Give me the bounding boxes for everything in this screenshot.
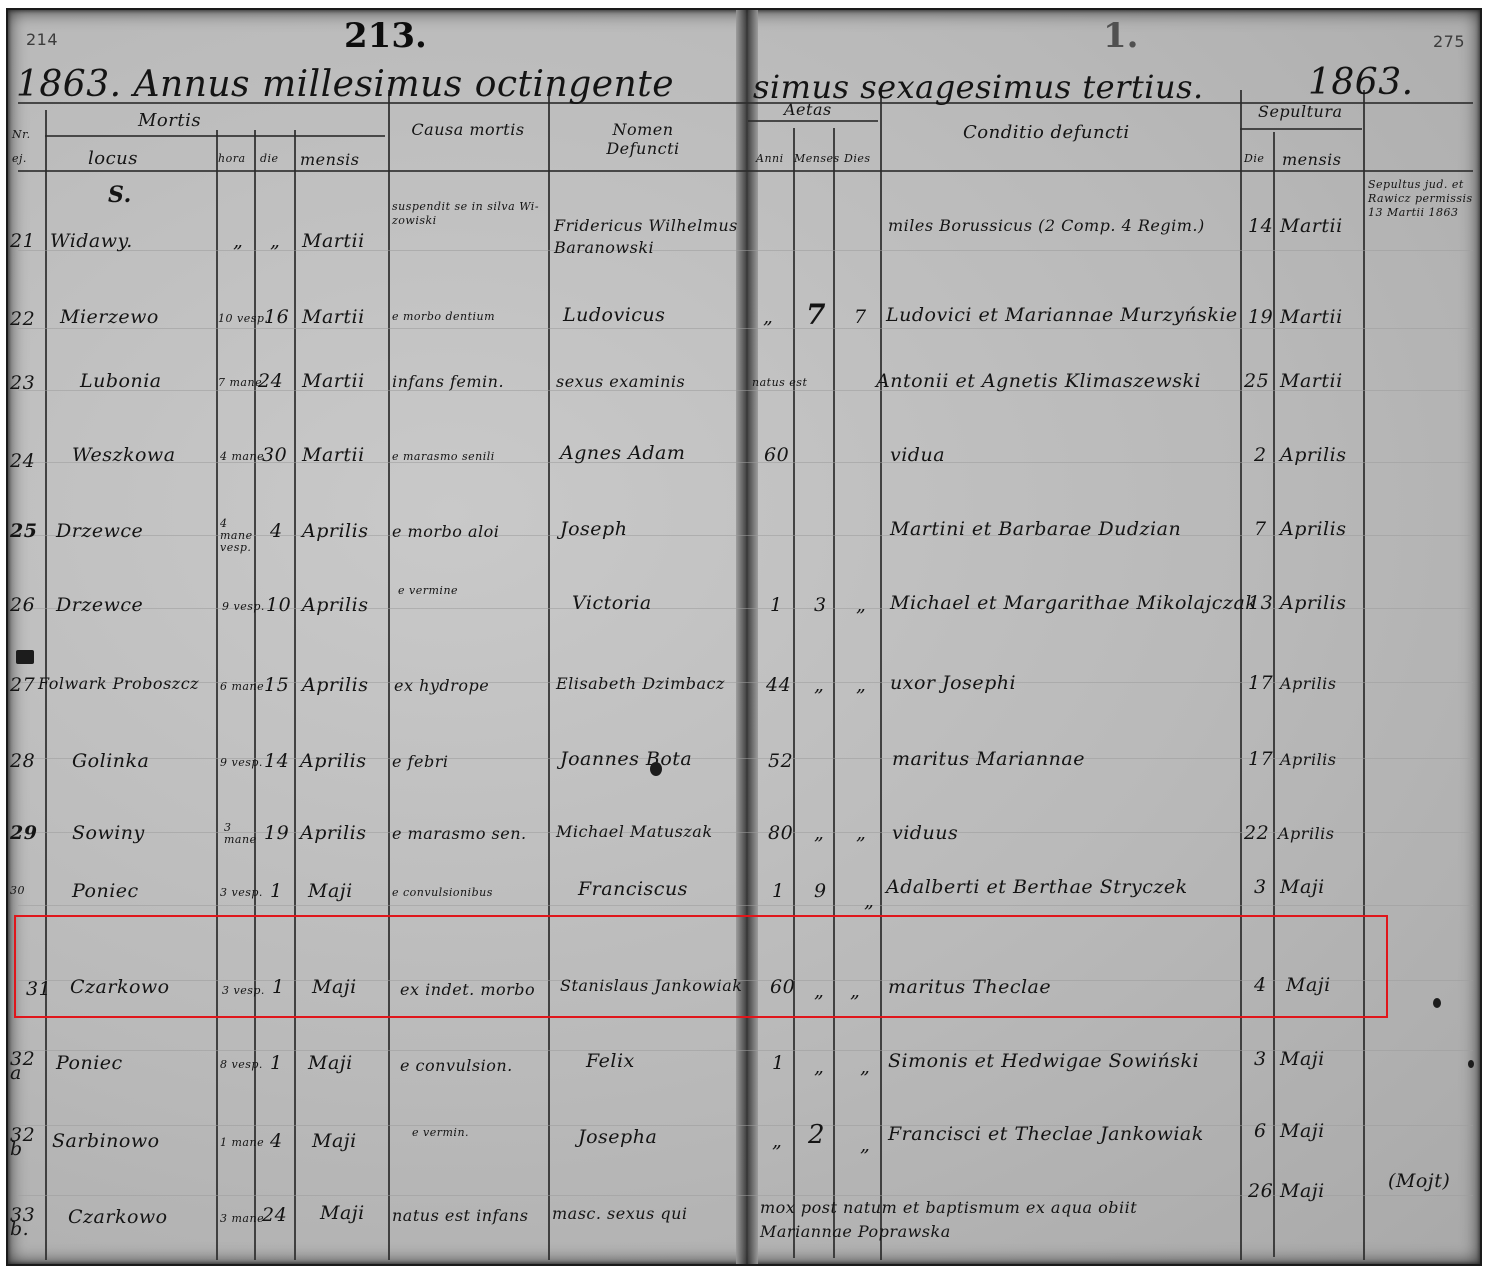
- header-hora: hora: [218, 152, 246, 165]
- cell-die: 30: [262, 444, 287, 466]
- header-causa-mortis: Causa mortis: [408, 120, 528, 139]
- cell-mensis: Aprilis: [302, 594, 368, 616]
- cell-causa: e vermin.: [412, 1126, 469, 1139]
- cell-hora: 3 mane: [220, 1212, 264, 1225]
- cell-causa: e morbo dentium: [392, 310, 495, 323]
- cell-mensis: Maji: [312, 1130, 357, 1152]
- cell-sep-die: 3: [1254, 1048, 1267, 1070]
- printed-page-number-right: 1.: [1103, 16, 1139, 56]
- cell-sep-die: 17: [1248, 672, 1273, 694]
- cell-hora: 8 vesp.: [220, 1058, 263, 1071]
- cell-dies: „: [856, 822, 866, 844]
- cell-anni: 60: [764, 444, 789, 466]
- cell-die: 1: [272, 976, 285, 998]
- cell-sep-mensis: Maji: [1280, 1180, 1325, 1202]
- cell-nomen: Michael Matuszak: [556, 822, 713, 841]
- cell-die: 14: [264, 750, 289, 772]
- cell-locus: Poniec: [56, 1052, 123, 1074]
- cell-mensis: Martii: [302, 370, 365, 392]
- cell-sep-die: 4: [1254, 974, 1267, 996]
- book-gutter: [736, 10, 758, 1264]
- cell-nomen: Fridericus Wilhelmus Baranowski: [554, 215, 744, 259]
- cell-sep-mensis: Martii: [1280, 306, 1343, 328]
- header-anni: Anni: [756, 152, 784, 165]
- row-number: 25: [10, 520, 37, 542]
- cell-hora: „: [233, 230, 243, 252]
- cell-conditio: Francisci et Theclae Jankowiak: [888, 1122, 1228, 1146]
- cell-nomen: Felix: [586, 1050, 635, 1072]
- row-number: 28: [10, 750, 35, 772]
- cell-locus: Golinka: [72, 750, 149, 772]
- cell-sep-die: 26: [1248, 1180, 1273, 1202]
- cell-causa: suspendit se in silva Wi-zowiski: [392, 200, 542, 228]
- column-rule: [793, 128, 795, 1258]
- cell-menses: „: [814, 980, 824, 1002]
- cell-menses: „: [814, 674, 824, 696]
- cell-conditio: maritus Mariannae: [892, 748, 1085, 770]
- cell-sep-mensis: Aprilis: [1280, 444, 1346, 466]
- cell-mensis: Martii: [302, 230, 365, 252]
- cell-sep-mensis: Aprilis: [1280, 674, 1337, 693]
- cell-dies: „: [856, 674, 866, 696]
- cell-nomen: Joannes Bota: [560, 748, 692, 770]
- cell-nomen: Josepha: [578, 1126, 657, 1148]
- cell-die: 1: [270, 880, 283, 902]
- row-number: 22: [10, 308, 35, 330]
- cell-locus: Czarkowo: [70, 976, 170, 998]
- ink-blot: [650, 762, 662, 776]
- cell-anni: 52: [768, 750, 793, 772]
- row-number: 24: [10, 450, 35, 472]
- header-bottom-rule: [18, 170, 1473, 172]
- cell-sep-mensis: Aprilis: [1280, 592, 1346, 614]
- cell-mensis: Maji: [312, 976, 357, 998]
- cell-sep-die: 3: [1254, 876, 1267, 898]
- cell-hora: 4 mane: [220, 450, 264, 463]
- cell-nomen: Elisabeth Dzimbacz: [556, 674, 725, 693]
- sepultura-group-rule: [1240, 128, 1362, 130]
- cell-sep-die: 7: [1254, 518, 1267, 540]
- column-rule: [216, 130, 218, 1260]
- cell-sep-die: 6: [1254, 1120, 1267, 1142]
- pencil-page-number-left: 214: [26, 30, 58, 49]
- cell-conditio: mox post natum et baptismum ex aqua obii…: [760, 1196, 1230, 1244]
- header-number-sub: ej.: [12, 152, 27, 165]
- cell-die: 19: [264, 822, 289, 844]
- cell-menses: 2: [808, 1120, 825, 1150]
- cell-locus: Czarkowo: [68, 1206, 168, 1228]
- row-number: 30: [10, 884, 25, 897]
- cell-mensis: Martii: [302, 444, 365, 466]
- cell-sep-die: 19: [1248, 306, 1273, 328]
- header-die: die: [260, 152, 279, 165]
- cell-remark: Sepultus jud. et Rawicz permissis 13 Mar…: [1368, 178, 1476, 220]
- cell-hora: 6 mane: [220, 680, 264, 693]
- cell-dies: „: [864, 890, 874, 912]
- cell-conditio: Adalberti et Berthae Stryczek: [886, 876, 1188, 898]
- header-sepultura: Sepultura: [1258, 102, 1343, 121]
- cell-hora: 9 vesp.: [222, 600, 265, 613]
- cell-locus: Folwark Proboszcz: [38, 674, 199, 693]
- cell-mensis: Maji: [308, 1052, 353, 1074]
- cell-conditio: Ludovici et Mariannae Murzyńskie: [886, 304, 1238, 326]
- header-mensis: mensis: [300, 150, 359, 169]
- cell-sep-mensis: Aprilis: [1280, 518, 1346, 540]
- header-mortis: Mortis: [138, 110, 201, 131]
- cell-anni: 44: [766, 674, 791, 696]
- cell-die: „: [270, 230, 280, 252]
- cell-causa: ex hydrope: [394, 676, 489, 695]
- cell-remark: (Mojt): [1388, 1170, 1450, 1192]
- cell-causa: e marasmo senili: [392, 450, 495, 463]
- column-rule: [833, 128, 835, 1258]
- cell-anni: natus est: [752, 376, 807, 389]
- ink-spot: [1468, 1060, 1474, 1068]
- row-number: 32 b: [10, 1128, 40, 1156]
- row-number: 21: [10, 230, 35, 252]
- column-rule: [548, 90, 550, 1260]
- cell-sep-mensis: Maji: [1280, 1048, 1325, 1070]
- cell-causa: natus est infans: [392, 1206, 528, 1225]
- cell-die: 15: [264, 674, 289, 696]
- row-number: 26: [10, 594, 35, 616]
- cell-conditio: Martini et Barbarae Dudzian: [890, 518, 1181, 540]
- cell-conditio: uxor Josephi: [890, 672, 1016, 694]
- cell-sep-mensis: Maji: [1280, 876, 1325, 898]
- cell-anni: 60: [770, 976, 795, 998]
- cell-sep-mensis: Aprilis: [1278, 824, 1335, 843]
- cell-sep-die: 14: [1248, 215, 1273, 237]
- ink-mark: S.: [108, 182, 132, 208]
- cell-conditio: viduus: [892, 822, 958, 844]
- cell-menses: „: [814, 1056, 824, 1078]
- cell-nomen: Stanislaus Jankowiak: [560, 976, 742, 995]
- header-aetas: Aetas: [784, 100, 832, 119]
- cell-sep-mensis: Maji: [1280, 1120, 1325, 1142]
- cell-menses: 3: [814, 594, 827, 616]
- cell-mensis: Maji: [308, 880, 353, 902]
- cell-sep-die: 25: [1244, 370, 1269, 392]
- cell-causa: e convulsion.: [400, 1056, 513, 1075]
- ink-spot: [16, 650, 34, 664]
- header-nomen-defuncti: Nomen Defuncti: [583, 120, 703, 158]
- cell-causa: ex indet. morbo: [400, 980, 535, 999]
- cell-conditio: miles Borussicus (2 Comp. 4 Regim.): [888, 215, 1228, 237]
- cell-sep-die: 22: [1244, 822, 1269, 844]
- cell-conditio: Simonis et Hedwigae Sowiński: [888, 1050, 1199, 1072]
- cell-hora: 7 mane: [218, 376, 262, 389]
- cell-nomen: Franciscus: [578, 878, 688, 900]
- header-sep-mensis: mensis: [1282, 150, 1341, 169]
- header-dies: Dies: [844, 152, 871, 165]
- cell-conditio: Michael et Margarithae Mikolajczak: [890, 592, 1257, 614]
- header-locus: locus: [88, 148, 138, 169]
- cell-causa: infans femin.: [392, 372, 504, 391]
- cell-mensis: Aprilis: [302, 520, 368, 542]
- cell-die: 1: [270, 1052, 283, 1074]
- cell-die: 4: [270, 520, 283, 542]
- aetas-group-rule: [748, 120, 878, 122]
- cell-nomen: Agnes Adam: [560, 442, 685, 464]
- mortis-group-rule: [45, 135, 385, 137]
- cell-die: 4: [270, 1130, 283, 1152]
- cell-die: 24: [262, 1204, 287, 1226]
- pencil-page-number-right: 275: [1433, 32, 1465, 51]
- cell-locus: Drzewce: [56, 594, 143, 616]
- cell-hora: 4 mane vesp.: [220, 518, 254, 554]
- row-number: 31: [26, 978, 51, 1000]
- cell-sep-mensis: Martii: [1280, 370, 1343, 392]
- cell-nomen: Victoria: [572, 592, 652, 614]
- cell-hora: 1 mane: [220, 1136, 264, 1149]
- row-number: 33 b.: [10, 1208, 40, 1236]
- cell-menses: 7: [806, 298, 826, 331]
- cell-sep-mensis: Aprilis: [1280, 750, 1337, 769]
- row-number: 32 a: [10, 1052, 40, 1080]
- title-left: 1863. Annus millesimus octingente: [16, 64, 674, 105]
- cell-conditio: vidua: [890, 444, 945, 466]
- cell-die: 10: [266, 594, 291, 616]
- cell-dies: 7: [854, 306, 867, 328]
- header-conditio-defuncti: Conditio defuncti: [963, 122, 1130, 143]
- cell-mensis: Aprilis: [300, 750, 366, 772]
- cell-dies: „: [856, 594, 866, 616]
- cell-causa: e vermine: [398, 584, 458, 597]
- cell-locus: Weszkowa: [72, 444, 176, 466]
- cell-hora: 10 vesp.: [218, 312, 268, 325]
- cell-causa: e marasmo sen.: [392, 824, 527, 843]
- cell-mensis: Maji: [320, 1202, 365, 1224]
- cell-sep-die: 13: [1248, 592, 1273, 614]
- cell-hora: 3 vesp.: [220, 886, 263, 899]
- header-number: Nr.: [12, 128, 31, 141]
- cell-locus: Drzewce: [56, 520, 143, 542]
- column-rule: [880, 90, 882, 1260]
- cell-mensis: Aprilis: [300, 822, 366, 844]
- column-rule: [1363, 90, 1365, 1260]
- cell-locus: Poniec: [72, 880, 139, 902]
- column-rule: [388, 90, 390, 1260]
- row-number: 23: [10, 372, 35, 394]
- cell-conditio: Antonii et Agnetis Klimaszewski: [876, 370, 1201, 392]
- cell-die: 24: [258, 370, 283, 392]
- cell-locus: Lubonia: [80, 370, 162, 392]
- column-rule: [294, 130, 296, 1260]
- cell-anni: 1: [770, 594, 783, 616]
- cell-hora: 3 vesp.: [222, 984, 265, 997]
- cell-locus: Widawy.: [50, 230, 133, 252]
- register-scan: 214 213. 1. 275 1863. Annus millesimus o…: [6, 8, 1482, 1266]
- column-rule: [254, 130, 256, 1260]
- ink-spot: [1433, 998, 1441, 1008]
- cell-nomen: Joseph: [560, 518, 627, 540]
- cell-menses: 9: [814, 880, 827, 902]
- cell-locus: Sowiny: [72, 822, 145, 844]
- cell-causa: e convulsionibus: [392, 886, 493, 899]
- cell-menses: „: [814, 822, 824, 844]
- cell-nomen: Ludovicus: [563, 304, 665, 326]
- year-right: 1863.: [1308, 62, 1414, 103]
- cell-sep-mensis: Maji: [1286, 974, 1331, 996]
- header-sep-die: Die: [1244, 152, 1264, 165]
- cell-die: 16: [264, 306, 289, 328]
- cell-conditio: maritus Theclae: [888, 976, 1051, 998]
- cell-causa: e morbo aloi: [392, 522, 499, 541]
- cell-sep-die: 17: [1248, 748, 1273, 770]
- cell-locus: Mierzewo: [60, 306, 159, 328]
- cell-locus: Sarbinowo: [52, 1130, 160, 1152]
- cell-dies: „: [850, 980, 860, 1002]
- cell-anni: 80: [768, 822, 793, 844]
- cell-hora: 3 mane: [224, 822, 252, 846]
- cell-nomen: sexus examinis: [556, 372, 685, 391]
- column-rule: [1273, 132, 1275, 1257]
- cell-nomen: masc. sexus qui: [552, 1204, 688, 1223]
- cell-dies: „: [860, 1134, 870, 1156]
- cell-hora: 9 vesp.: [220, 756, 263, 769]
- cell-anni: „: [763, 306, 773, 328]
- cell-anni: „: [772, 1130, 782, 1152]
- cell-sep-mensis: Martii: [1280, 215, 1343, 237]
- cell-mensis: Martii: [302, 306, 365, 328]
- header-menses: Menses: [794, 152, 840, 165]
- cell-anni: 1: [772, 880, 785, 902]
- cell-anni: 1: [772, 1052, 785, 1074]
- row-number: 27: [10, 674, 35, 696]
- printed-page-number-left: 213.: [344, 16, 427, 56]
- cell-sep-die: 2: [1254, 444, 1267, 466]
- cell-dies: „: [860, 1056, 870, 1078]
- column-rule: [1240, 90, 1242, 1260]
- cell-causa: e febri: [392, 752, 448, 771]
- row-number: 29: [10, 822, 37, 844]
- cell-mensis: Aprilis: [302, 674, 368, 696]
